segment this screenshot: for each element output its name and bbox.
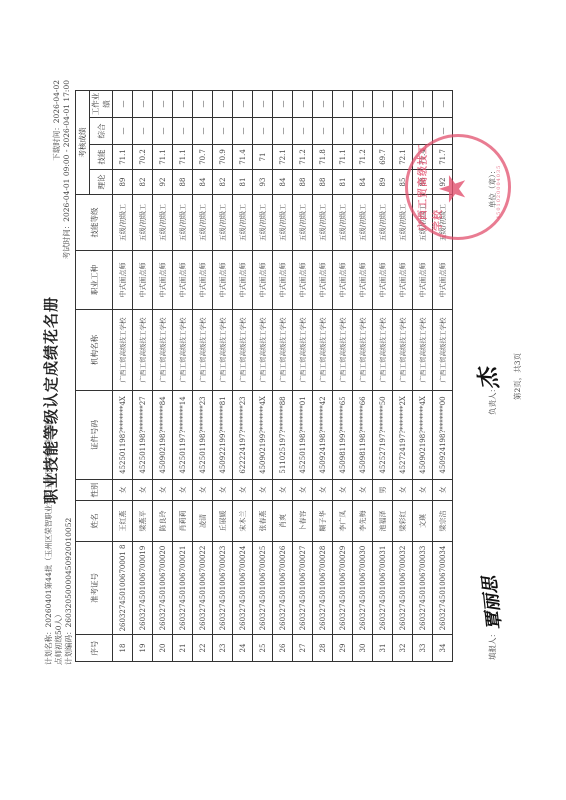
cell-skill: 71.2: [353, 145, 373, 170]
seal-star-icon: ★: [436, 173, 472, 205]
cell-skill: 71.4: [233, 145, 253, 170]
cell-work: —: [133, 91, 153, 118]
exam-time: 考试时间：2026-04-01 09:00 - 2026-04-01 17:00: [62, 80, 72, 259]
cell-gender: 女: [393, 480, 413, 501]
cell-theory: 93: [253, 170, 273, 195]
cell-name: 梁彩红: [393, 501, 413, 542]
cell-level: 五级/初级工: [213, 195, 233, 251]
cell-institution: 广西工贸高级技工学校: [373, 310, 393, 391]
cell-name: 王红燕: [113, 501, 133, 542]
cell-name: 池福泽: [373, 501, 393, 542]
cell-theory: 82: [213, 170, 233, 195]
cell-comprehensive: —: [113, 118, 133, 145]
cell-work: —: [353, 91, 373, 118]
cell-seq: 27: [293, 635, 313, 662]
cell-seq: 24: [233, 635, 253, 662]
cell-occupation: 中式面点师: [233, 251, 253, 310]
cell-theory: 84: [353, 170, 373, 195]
cell-work: —: [273, 91, 293, 118]
cell-name: 宋木兰: [233, 501, 253, 542]
header-gender: 性别: [76, 480, 113, 501]
cell-ticket: 2603274501006700026: [273, 542, 293, 635]
cell-ticket: 2603274501006700020: [153, 542, 173, 635]
seal-number: 4501020004035: [496, 165, 502, 219]
cell-gender: 男: [373, 480, 393, 501]
score-roster-table: 序号 准考证号 姓名 性别 证件号码 机构名称 职业工种 技能等级 考核成绩 理…: [75, 90, 453, 662]
cell-theory: 81: [233, 170, 253, 195]
table-row: 262603274501006700026肖爽女511025197?******…: [273, 91, 293, 662]
cell-level: 五级/初级工: [253, 195, 273, 251]
cell-skill: 71.8: [313, 145, 333, 170]
table-row: 202603274501006700020陈良玲女450902198?*****…: [153, 91, 173, 662]
cell-seq: 23: [213, 635, 233, 662]
cell-occupation: 中式面点师: [333, 251, 353, 310]
cell-institution: 广西工贸高级技工学校: [333, 310, 353, 391]
cell-skill: 71.1: [113, 145, 133, 170]
cell-theory: 89: [113, 170, 133, 195]
cell-seq: 29: [333, 635, 353, 662]
cell-occupation: 中式面点师: [193, 251, 213, 310]
cell-occupation: 中式面点师: [133, 251, 153, 310]
cell-name: 梁燕平: [133, 501, 153, 542]
roster-document: 职业技能等级认定成绩花名册 计划名称：20260401第44批（玉州区荣智职业学…: [0, 0, 566, 800]
plan-code: 计划编码：26032050000450920010052: [64, 518, 74, 665]
cell-ticket: 2603274501006700025: [253, 542, 273, 635]
cell-gender: 女: [113, 480, 133, 501]
cell-ticket: 2603274501006700030: [353, 542, 373, 635]
table-row: 18260327450100670001 8王红燕女452501198?****…: [113, 91, 133, 662]
cell-comprehensive: —: [213, 118, 233, 145]
cell-seq: 21: [173, 635, 193, 662]
cell-comprehensive: —: [353, 118, 373, 145]
cell-id-number: 452501198?*******4X: [113, 391, 133, 480]
cell-comprehensive: —: [233, 118, 253, 145]
cell-gender: 女: [153, 480, 173, 501]
cell-id-number: 452501198?*******23: [193, 391, 213, 480]
cell-comprehensive: —: [333, 118, 353, 145]
roster-body: 18260327450100670001 8王红燕女452501198?****…: [113, 91, 453, 662]
cell-skill: 70.7: [193, 145, 213, 170]
official-seal: 广西工贸高级技工学校 ★ 4501020004035: [405, 134, 511, 240]
header-work-performance: 工作业绩: [90, 91, 113, 118]
cell-name: 文瑛: [413, 501, 433, 542]
cell-gender: 女: [193, 480, 213, 501]
cell-institution: 广西工贸高级技工学校: [353, 310, 373, 391]
cell-level: 五级/初级工: [153, 195, 173, 251]
header-scores-group: 考核成绩: [76, 91, 90, 195]
table-row: 252603274501006700025张春燕女450902199?*****…: [253, 91, 273, 662]
cell-occupation: 中式面点师: [433, 251, 453, 310]
cell-gender: 女: [413, 480, 433, 501]
cell-id-number: 450924198?*******42: [313, 391, 333, 480]
cell-level: 五级/初级工: [333, 195, 353, 251]
cell-id-number: 452501198?*******27: [133, 391, 153, 480]
cell-gender: 女: [293, 480, 313, 501]
cell-gender: 女: [253, 480, 273, 501]
plan-name-continued: 点师初级50人）: [54, 610, 64, 665]
cell-institution: 广西工贸高级技工学校: [413, 310, 433, 391]
cell-id-number: 511025197?*******88: [273, 391, 293, 480]
cell-institution: 广西工贸高级技工学校: [293, 310, 313, 391]
table-row: 272603274501006700027卜春容女452501198?*****…: [293, 91, 313, 662]
cell-level: 五级/初级工: [233, 195, 253, 251]
header-id-number: 证件号码: [76, 391, 113, 480]
cell-work: —: [253, 91, 273, 118]
cell-work: —: [233, 91, 253, 118]
header-theory: 理论: [90, 170, 113, 195]
cell-skill: 71.1: [173, 145, 193, 170]
cell-skill: 71.2: [293, 145, 313, 170]
cell-level: 五级/初级工: [113, 195, 133, 251]
cell-id-number: 452501197?*******14: [173, 391, 193, 480]
cell-work: —: [433, 91, 453, 118]
cell-occupation: 中式面点师: [413, 251, 433, 310]
cell-institution: 广西工贸高级技工学校: [253, 310, 273, 391]
cell-skill: 70.9: [213, 145, 233, 170]
cell-id-number: 452527197?*******50: [373, 391, 393, 480]
cell-name: 肖爽: [273, 501, 293, 542]
cell-name: 梁宗洁: [433, 501, 453, 542]
cell-institution: 广西工贸高级技工学校: [133, 310, 153, 391]
cell-theory: 84: [193, 170, 213, 195]
cell-gender: 女: [313, 480, 333, 501]
cell-comprehensive: —: [293, 118, 313, 145]
cell-id-number: 450981198?*******66: [353, 391, 373, 480]
cell-comprehensive: —: [153, 118, 173, 145]
cell-occupation: 中式面点师: [173, 251, 193, 310]
header-occupation: 职业工种: [76, 251, 113, 310]
table-row: 282603274501006700028糊子华女450924198?*****…: [313, 91, 333, 662]
cell-work: —: [173, 91, 193, 118]
cell-level: 五级/初级工: [133, 195, 153, 251]
cell-occupation: 中式面点师: [353, 251, 373, 310]
cell-name: 张春燕: [253, 501, 273, 542]
cell-id-number: 622224197?*******23: [233, 391, 253, 480]
cell-occupation: 中式面点师: [313, 251, 333, 310]
cell-ticket: 2603274501006700028: [313, 542, 333, 635]
page-info: 第2页，共3页: [512, 353, 523, 400]
cell-seq: 31: [373, 635, 393, 662]
table-row: 302603274501006700030李先梅女450981198?*****…: [353, 91, 373, 662]
cell-seq: 22: [193, 635, 213, 662]
cell-ticket: 2603274501006700022: [193, 542, 213, 635]
cell-name: 李先梅: [353, 501, 373, 542]
cell-ticket: 2603274501006700021: [173, 542, 193, 635]
cell-institution: 广西工贸高级技工学校: [313, 310, 333, 391]
header-level: 技能等级: [76, 195, 113, 251]
cell-skill: 72.1: [273, 145, 293, 170]
cell-occupation: 中式面点师: [153, 251, 173, 310]
cell-level: 五级/初级工: [173, 195, 193, 251]
cell-occupation: 中式面点师: [113, 251, 133, 310]
cell-id-number: 450902198?*******4X: [413, 391, 433, 480]
header-ticket: 准考证号: [76, 542, 113, 635]
cell-theory: 82: [133, 170, 153, 195]
cell-ticket: 2603274501006700034: [433, 542, 453, 635]
cell-ticket: 2603274501006700023: [213, 542, 233, 635]
cell-theory: 89: [373, 170, 393, 195]
cell-work: —: [313, 91, 333, 118]
table-row: 222603274501006700022凌清女452501198?******…: [193, 91, 213, 662]
cell-theory: 84: [273, 170, 293, 195]
cell-occupation: 中式面点师: [393, 251, 413, 310]
cell-ticket: 2603274501006700019: [133, 542, 153, 635]
cell-theory: 88: [293, 170, 313, 195]
cell-occupation: 中式面点师: [213, 251, 233, 310]
cell-institution: 广西工贸高级技工学校: [393, 310, 413, 391]
cell-skill: 69.7: [373, 145, 393, 170]
cell-skill: 71.1: [333, 145, 353, 170]
cell-seq: 25: [253, 635, 273, 662]
table-row: 212603274501006700021肖莉莉女452501197?*****…: [173, 91, 193, 662]
cell-theory: 92: [153, 170, 173, 195]
cell-work: —: [293, 91, 313, 118]
cell-name: 李广凤: [333, 501, 353, 542]
cell-gender: 女: [133, 480, 153, 501]
cell-occupation: 中式面点师: [273, 251, 293, 310]
cell-work: —: [373, 91, 393, 118]
header-skill: 技能: [90, 145, 113, 170]
cell-ticket: 2603274501006700024: [233, 542, 253, 635]
plan-name: 计划名称：20260401第44批（玉州区荣智职业学校玉州区新民路中式面: [44, 422, 54, 665]
cell-name: 丘展媛: [213, 501, 233, 542]
cell-theory: 81: [333, 170, 353, 195]
cell-work: —: [153, 91, 173, 118]
cell-occupation: 中式面点师: [293, 251, 313, 310]
cell-institution: 广西工贸高级技工学校: [233, 310, 253, 391]
cell-work: —: [193, 91, 213, 118]
cell-comprehensive: —: [313, 118, 333, 145]
cell-ticket: 2603274501006700032: [393, 542, 413, 635]
cell-comprehensive: —: [273, 118, 293, 145]
cell-gender: 女: [333, 480, 353, 501]
cell-ticket: 2603274501006700029: [333, 542, 353, 635]
cell-id-number: 450981199?*******65: [333, 391, 353, 480]
cell-name: 糊子华: [313, 501, 333, 542]
cell-skill: 71: [253, 145, 273, 170]
cell-id-number: 450902199?*******4X: [253, 391, 273, 480]
cell-comprehensive: —: [373, 118, 393, 145]
cell-theory: 88: [313, 170, 333, 195]
cell-id-number: 452501198?*******01: [293, 391, 313, 480]
cell-gender: 女: [233, 480, 253, 501]
cell-gender: 女: [433, 480, 453, 501]
cell-institution: 广西工贸高级技工学校: [153, 310, 173, 391]
cell-level: 五级/初级工: [193, 195, 213, 251]
table-row: 242603274501006700024宋木兰女622224197?*****…: [233, 91, 253, 662]
cell-comprehensive: —: [393, 118, 413, 145]
cell-name: 肖莉莉: [173, 501, 193, 542]
cell-name: 卜春容: [293, 501, 313, 542]
cell-level: 五级/初级工: [293, 195, 313, 251]
cell-skill: 71.1: [153, 145, 173, 170]
cell-gender: 女: [173, 480, 193, 501]
header-institution: 机构名称: [76, 310, 113, 391]
cell-comprehensive: —: [193, 118, 213, 145]
cell-name: 凌清: [193, 501, 213, 542]
cell-seq: 18: [113, 635, 133, 662]
cell-work: —: [393, 91, 413, 118]
download-time: 下载时间：2026-04-02: [52, 80, 62, 161]
cell-ticket: 2603274501006700033: [413, 542, 433, 635]
filler-signature: 覃丽思: [475, 575, 507, 631]
cell-seq: 30: [353, 635, 373, 662]
cell-ticket: 2603274501006700031: [373, 542, 393, 635]
cell-comprehensive: —: [133, 118, 153, 145]
table-row: 312603274501006700031池福泽男452527197?*****…: [373, 91, 393, 662]
header-comprehensive: 综合: [90, 118, 113, 145]
cell-skill: 70.2: [133, 145, 153, 170]
cell-work: —: [333, 91, 353, 118]
cell-institution: 广西工贸高级技工学校: [113, 310, 133, 391]
cell-occupation: 中式面点师: [373, 251, 393, 310]
table-row: 232603274501006700023丘展媛女450922199?*****…: [213, 91, 233, 662]
cell-seq: 28: [313, 635, 333, 662]
cell-institution: 广西工贸高级技工学校: [173, 310, 193, 391]
cell-institution: 广西工贸高级技工学校: [193, 310, 213, 391]
cell-id-number: 452724197?*******2X: [393, 391, 413, 480]
cell-work: —: [413, 91, 433, 118]
cell-seq: 34: [433, 635, 453, 662]
cell-level: 五级/初级工: [353, 195, 373, 251]
cell-level: 五级/初级工: [313, 195, 333, 251]
table-row: 192603274501006700019梁燕平女452501198?*****…: [133, 91, 153, 662]
cell-seq: 20: [153, 635, 173, 662]
leader-signature: 杰: [470, 365, 504, 392]
cell-id-number: 450924198?*******00: [433, 391, 453, 480]
cell-gender: 女: [353, 480, 373, 501]
table-row: 292603274501006700029李广凤女450981199?*****…: [333, 91, 353, 662]
cell-seq: 33: [413, 635, 433, 662]
cell-comprehensive: —: [173, 118, 193, 145]
cell-seq: 32: [393, 635, 413, 662]
cell-gender: 女: [273, 480, 293, 501]
cell-institution: 广西工贸高级技工学校: [213, 310, 233, 391]
cell-seq: 26: [273, 635, 293, 662]
cell-work: —: [213, 91, 233, 118]
header-seq: 序号: [76, 635, 113, 662]
filler-label: 填报人：: [487, 630, 498, 660]
cell-work: —: [113, 91, 133, 118]
header-name: 姓名: [76, 501, 113, 542]
cell-id-number: 450902198?*******84: [153, 391, 173, 480]
cell-institution: 广西工贸高级技工学校: [433, 310, 453, 391]
cell-ticket: 260327450100670001 8: [113, 542, 133, 635]
cell-gender: 女: [213, 480, 233, 501]
cell-seq: 19: [133, 635, 153, 662]
cell-comprehensive: —: [253, 118, 273, 145]
cell-institution: 广西工贸高级技工学校: [273, 310, 293, 391]
cell-theory: 88: [173, 170, 193, 195]
cell-name: 陈良玲: [153, 501, 173, 542]
cell-id-number: 450922199?*******81: [213, 391, 233, 480]
cell-ticket: 2603274501006700027: [293, 542, 313, 635]
cell-level: 五级/初级工: [273, 195, 293, 251]
cell-occupation: 中式面点师: [253, 251, 273, 310]
cell-level: 五级/初级工: [373, 195, 393, 251]
